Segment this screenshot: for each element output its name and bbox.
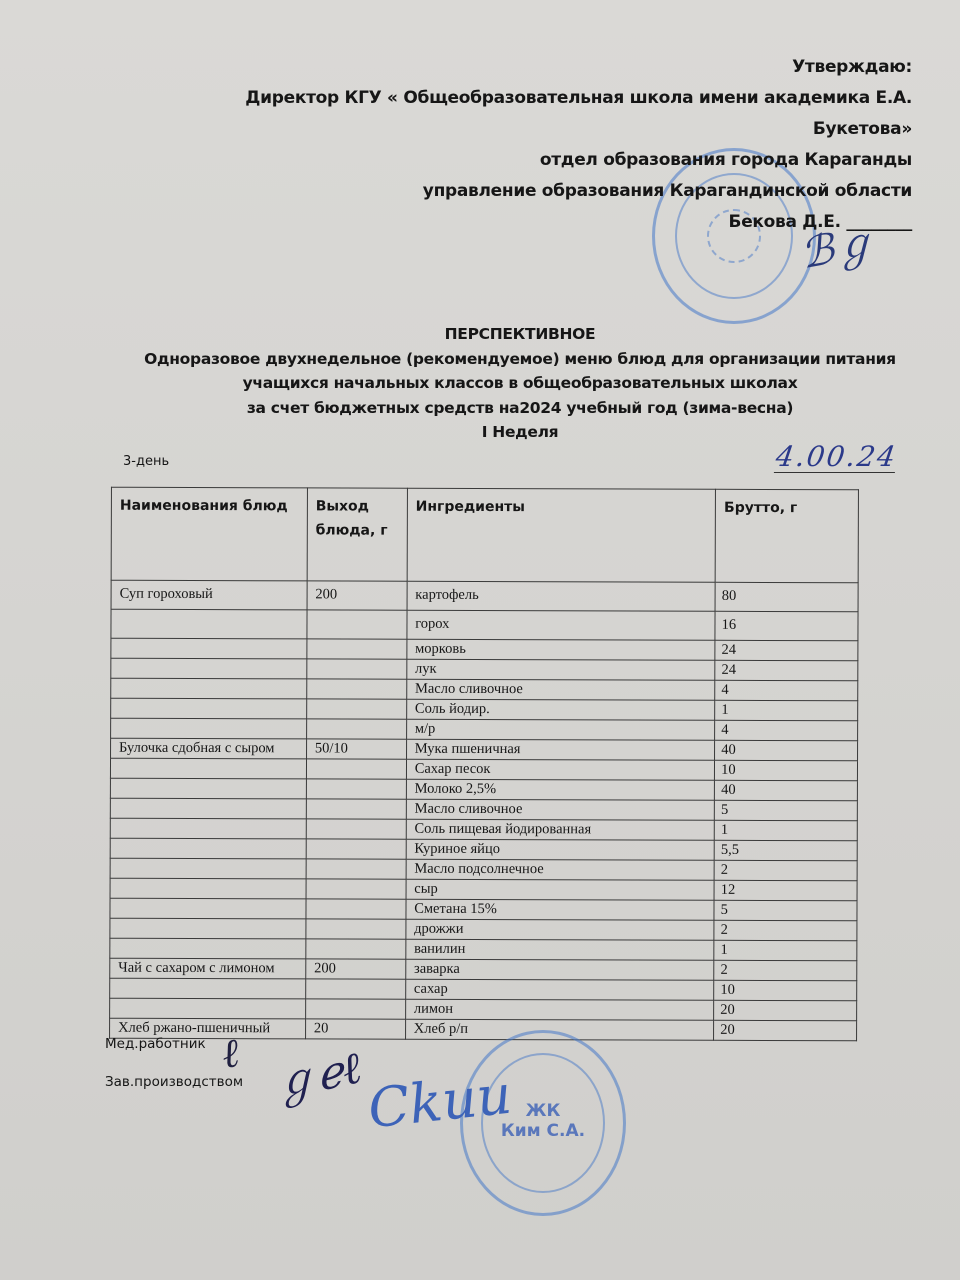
approval-line: Директор КГУ « Общеобразовательная школа… bbox=[245, 83, 912, 114]
cell-gross: 40 bbox=[715, 740, 858, 760]
cell-ingredient: картофель bbox=[407, 581, 716, 611]
cell-yield bbox=[306, 939, 406, 959]
table-row: морковь24 bbox=[111, 638, 858, 661]
document-page: Утверждаю: Директор КГУ « Общеобразовате… bbox=[0, 0, 960, 1280]
cell-gross: 1 bbox=[714, 820, 857, 840]
table-row: Молоко 2,5%40 bbox=[110, 778, 857, 801]
table-header-row: Наименования блюд Выход блюда, г Ингреди… bbox=[111, 487, 858, 583]
cell-ingredient: Сметана 15% bbox=[406, 899, 715, 920]
cell-dish bbox=[110, 998, 306, 1019]
table-row: Соль пищевая йодированная1 bbox=[110, 818, 857, 841]
approval-line: Утверждаю: bbox=[245, 52, 912, 83]
cell-yield bbox=[307, 610, 407, 639]
approval-line: отдел образования города Караганды bbox=[245, 145, 912, 176]
cell-dish bbox=[110, 978, 306, 999]
cell-yield: 200 bbox=[307, 581, 407, 610]
handwritten-date: 4.00.24 bbox=[774, 442, 899, 473]
cell-gross: 4 bbox=[715, 720, 858, 740]
cell-ingredient: Мука пшеничная bbox=[406, 739, 715, 760]
cell-gross: 10 bbox=[714, 980, 857, 1000]
approval-line: Букетова» bbox=[245, 114, 912, 145]
cell-dish bbox=[110, 938, 306, 959]
cell-ingredient: сыр bbox=[406, 879, 715, 900]
cell-yield bbox=[306, 819, 406, 839]
table-row: Масло сливочное4 bbox=[111, 678, 858, 701]
cell-yield bbox=[306, 699, 406, 719]
cell-dish: Чай с сахаром с лимоном bbox=[110, 958, 306, 979]
cell-ingredient: заварка bbox=[405, 959, 714, 980]
production-head-signature: ℊℯℓ bbox=[266, 1032, 366, 1113]
med-worker-label: Мед.работник bbox=[105, 1036, 206, 1052]
header-yield: Выход блюда, г bbox=[307, 488, 407, 581]
cell-ingredient: Соль йодир. bbox=[406, 699, 715, 720]
cell-gross: 80 bbox=[715, 582, 858, 611]
title-line: за счет бюджетных средств на2024 учебный… bbox=[110, 396, 930, 421]
table-row: Масло сливочное5 bbox=[110, 798, 857, 821]
cell-dish bbox=[111, 718, 307, 739]
cell-gross: 40 bbox=[715, 780, 858, 800]
cell-yield bbox=[307, 679, 407, 699]
cell-dish bbox=[111, 609, 307, 639]
cell-yield bbox=[306, 799, 406, 819]
cell-yield bbox=[306, 719, 406, 739]
cell-yield bbox=[306, 919, 406, 939]
table-row: Суп гороховый200картофель80 bbox=[111, 580, 858, 612]
cell-dish bbox=[111, 658, 307, 679]
director-signature: ℬℊ bbox=[795, 209, 879, 281]
cell-dish bbox=[110, 878, 306, 899]
cell-gross: 24 bbox=[715, 660, 858, 680]
table-row: лук24 bbox=[111, 658, 858, 681]
cell-gross: 2 bbox=[714, 860, 857, 880]
day-label: 3-день bbox=[123, 454, 169, 469]
table-row: Чай с сахаром с лимоном200заварка2 bbox=[110, 958, 857, 981]
cell-yield bbox=[307, 659, 407, 679]
cell-ingredient: лук bbox=[407, 659, 716, 680]
cell-gross: 4 bbox=[715, 680, 858, 700]
title-line: Одноразовое двухнедельное (рекомендуемое… bbox=[110, 347, 930, 372]
cell-gross: 5 bbox=[714, 800, 857, 820]
table-row: Сахар песок10 bbox=[110, 758, 857, 781]
table-row: горох16 bbox=[111, 609, 858, 641]
cell-ingredient: Масло сливочное bbox=[406, 679, 715, 700]
cell-gross: 5 bbox=[714, 900, 857, 920]
cell-yield: 200 bbox=[306, 959, 406, 979]
cell-dish: Булочка сдобная с сыром bbox=[111, 738, 307, 759]
table-row: дрожжи2 bbox=[110, 918, 857, 941]
table-row: сыр12 bbox=[110, 878, 857, 901]
cell-yield bbox=[305, 999, 405, 1019]
cell-yield bbox=[306, 899, 406, 919]
table-row: ванилин1 bbox=[110, 938, 857, 961]
table-row: Соль йодир.1 bbox=[111, 698, 858, 721]
document-title: ПЕРСПЕКТИВНОЕ Одноразовое двухнедельное … bbox=[110, 322, 930, 445]
cell-dish: Суп гороховый bbox=[111, 580, 307, 610]
table-row: сахар10 bbox=[110, 978, 857, 1001]
cell-gross: 10 bbox=[715, 760, 858, 780]
cell-gross: 12 bbox=[714, 880, 857, 900]
header-gross: Брутто, г bbox=[715, 489, 858, 582]
table-row: лимон20 bbox=[110, 998, 857, 1021]
title-line: учащихся начальных классов в общеобразов… bbox=[110, 371, 930, 396]
cell-gross: 2 bbox=[714, 920, 857, 940]
cell-gross: 24 bbox=[715, 640, 858, 660]
cell-yield bbox=[306, 779, 406, 799]
cell-dish bbox=[110, 798, 306, 819]
cell-ingredient: ванилин bbox=[406, 939, 715, 960]
cell-yield bbox=[306, 879, 406, 899]
menu-table: Наименования блюд Выход блюда, г Ингреди… bbox=[109, 487, 859, 1042]
cell-ingredient: морковь bbox=[407, 639, 716, 660]
cell-gross: 2 bbox=[714, 960, 857, 980]
title-line: ПЕРСПЕКТИВНОЕ bbox=[110, 322, 930, 347]
approval-line: управление образования Карагандинской об… bbox=[245, 176, 912, 207]
cell-dish bbox=[110, 858, 306, 879]
cell-gross: 1 bbox=[715, 700, 858, 720]
cell-gross: 1 bbox=[714, 940, 857, 960]
approval-block: Утверждаю: Директор КГУ « Общеобразовате… bbox=[245, 52, 912, 238]
cell-gross: 20 bbox=[714, 1000, 857, 1020]
cell-dish bbox=[111, 698, 307, 719]
cell-ingredient: Сахар песок bbox=[406, 759, 715, 780]
cell-ingredient: м/р bbox=[406, 719, 715, 740]
cell-ingredient: Масло сливочное bbox=[406, 799, 715, 820]
header-ingredients: Ингредиенты bbox=[407, 488, 716, 582]
table-row: м/р4 bbox=[111, 718, 858, 741]
header-dish: Наименования блюд bbox=[111, 487, 307, 581]
table-row: Сметана 15%5 bbox=[110, 898, 857, 921]
cell-dish bbox=[110, 838, 306, 859]
cell-ingredient: Молоко 2,5% bbox=[406, 779, 715, 800]
cell-yield bbox=[306, 859, 406, 879]
table-row: Масло подсолнечное2 bbox=[110, 858, 857, 881]
table-row: Куриное яйцо5,5 bbox=[110, 838, 857, 861]
cell-ingredient: Соль пищевая йодированная bbox=[406, 819, 715, 840]
cell-dish bbox=[111, 638, 307, 659]
cell-ingredient: сахар bbox=[405, 979, 714, 1000]
cell-ingredient: Куриное яйцо bbox=[406, 839, 715, 860]
cell-dish bbox=[110, 778, 306, 799]
cell-gross: 20 bbox=[714, 1020, 857, 1040]
cell-gross: 5,5 bbox=[714, 840, 857, 860]
cell-dish bbox=[111, 678, 307, 699]
cell-yield bbox=[306, 839, 406, 859]
cell-dish bbox=[110, 818, 306, 839]
cell-ingredient: дрожжи bbox=[406, 919, 715, 940]
cell-yield bbox=[305, 979, 405, 999]
cell-dish bbox=[110, 758, 306, 779]
cell-ingredient: горох bbox=[407, 610, 716, 640]
cell-yield: 20 bbox=[305, 1019, 405, 1039]
production-head-label: Зав.производством bbox=[105, 1074, 243, 1090]
table-row: Булочка сдобная с сыром50/10Мука пшеничн… bbox=[111, 738, 858, 761]
cell-gross: 16 bbox=[715, 611, 858, 640]
cell-yield: 50/10 bbox=[306, 739, 406, 759]
cell-dish bbox=[110, 918, 306, 939]
cell-yield bbox=[306, 759, 406, 779]
cell-ingredient: лимон bbox=[405, 999, 714, 1020]
cell-ingredient: Масло подсолнечное bbox=[406, 859, 715, 880]
cell-yield bbox=[307, 639, 407, 659]
cell-dish bbox=[110, 898, 306, 919]
